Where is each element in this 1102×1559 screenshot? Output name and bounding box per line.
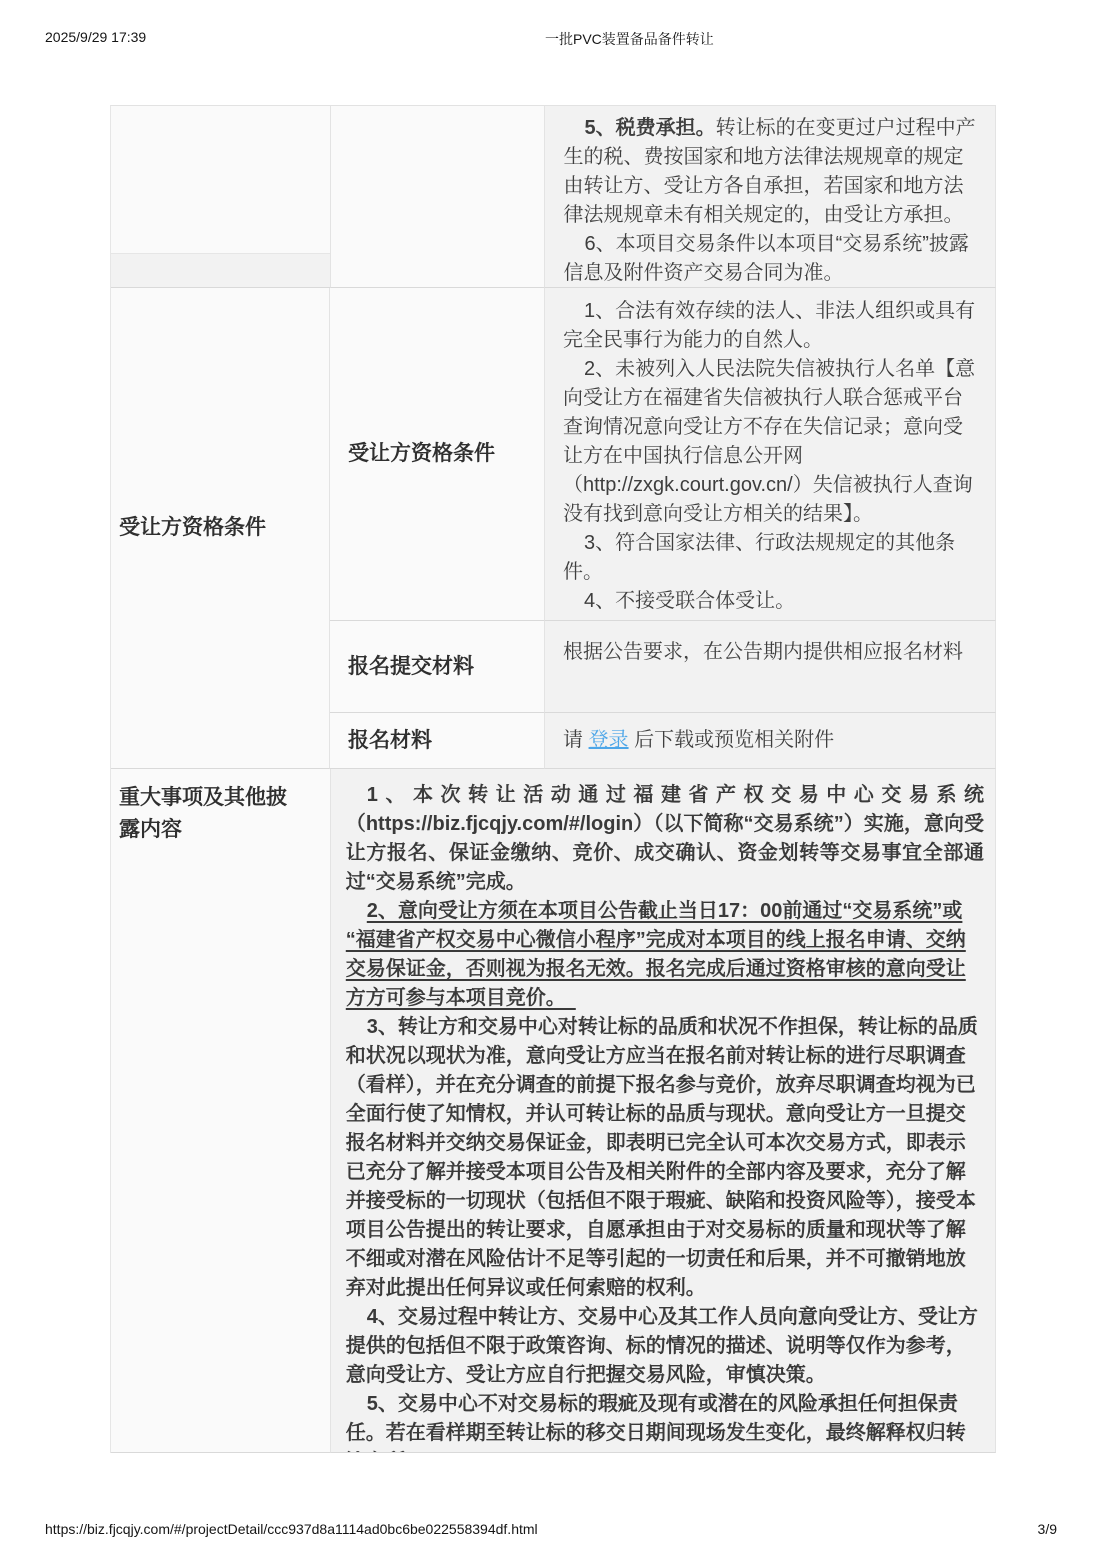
signup-materials-text: 请 登录 后下载或预览相关附件 <box>563 726 834 755</box>
signup-materials-label-cell: 报名材料 <box>330 713 545 769</box>
qualification-item-1: 1、合法有效存续的法人、非法人组织或具有完全民事行为能力的自然人。 <box>563 297 979 355</box>
disclosure-item-1-text: 1、本次转让活动通过福建省产权交易中心交易系统 <box>367 784 984 806</box>
qualification-content-cell: 1、合法有效存续的法人、非法人组织或具有完全民事行为能力的自然人。 2、未被列入… <box>545 288 996 621</box>
qualification-label-cell: 受让方资格条件 <box>330 288 545 621</box>
continued-cell-fragment <box>111 253 330 287</box>
print-footer: https://biz.fjcqjy.com/#/projectDetail/c… <box>45 1521 1057 1537</box>
trade-system-url-text: （https://biz.fjcqjy.com/#/login） <box>346 813 654 835</box>
disclosure-item-4: 4、交易过程中转让方、交易中心及其工作人员向意向受让方、受让方提供的包括但不限于… <box>346 1303 984 1390</box>
disclosure-item-3: 3、转让方和交易中心对转让标的品质和状况不作担保，转让标的品质和状况以现状为准，… <box>346 1013 984 1303</box>
login-link[interactable]: 登录 <box>589 729 629 751</box>
footer-url: https://biz.fjcqjy.com/#/projectDetail/c… <box>45 1521 538 1537</box>
login-prefix-text: 请 <box>563 729 589 751</box>
page-number: 3/9 <box>1038 1521 1057 1537</box>
qualification-item-4: 4、不接受联合体受让。 <box>563 587 979 616</box>
disclosure-item-2-underlined: 2、意向受让方须在本项目公告截止当日17：00前通过“交易系统”或“福建省产权交… <box>346 897 984 1013</box>
disclosure-item-1: 1、本次转让活动通过福建省产权交易中心交易系统（https://biz.fjcq… <box>346 781 984 897</box>
tax-clause-lead: 5、税费承担。 <box>584 117 715 139</box>
print-datetime: 2025/9/29 17:39 <box>45 29 146 45</box>
tax-clause-cell: 5、税费承担。转让标的在变更过户过程中产生的税、费按国家和地方法律法规规章的规定… <box>545 106 996 288</box>
materials-subrow: 报名提交材料 根据公告要求，在公告期内提供相应报名材料 <box>330 621 996 713</box>
materials-content-cell: 根据公告要求，在公告期内提供相应报名材料 <box>545 621 996 713</box>
print-header: 2025/9/29 17:39 一批PVC装置备品备件转让 <box>45 29 1057 49</box>
info-table: 5、税费承担。转让标的在变更过户过程中产生的税、费按国家和地方法律法规规章的规定… <box>110 105 996 1453</box>
qualification-item-2: 2、未被列入人民法院失信被执行人名单【意向受让方在福建省失信被执行人联合惩戒平台… <box>563 355 979 529</box>
disclosure-row: 重大事项及其他披露内容 1、本次转让活动通过福建省产权交易中心交易系统（http… <box>111 769 996 1453</box>
print-title: 一批PVC装置备品备件转让 <box>545 29 714 49</box>
qualification-group-label-cell: 受让方资格条件 <box>111 288 330 769</box>
login-suffix-text: 后下载或预览相关附件 <box>629 729 835 751</box>
trade-condition-paragraph: 6、本项目交易条件以本项目“交易系统”披露信息及附件资产交易合同为准。 <box>563 230 979 288</box>
court-url-text: （http://zxgk.court.gov.cn/） <box>563 474 813 496</box>
disclosure-label-cell: 重大事项及其他披露内容 <box>111 769 331 1453</box>
carryover-middle-cell <box>331 106 546 288</box>
carryover-left-cell <box>111 106 331 288</box>
tax-clause-paragraph: 5、税费承担。转让标的在变更过户过程中产生的税、费按国家和地方法律法规规章的规定… <box>563 114 979 230</box>
signup-materials-content-cell: 请 登录 后下载或预览相关附件 <box>545 713 996 769</box>
qualification-row: 受让方资格条件 受让方资格条件 1、合法有效存续的法人、非法人组织或具有完全民事… <box>111 288 996 769</box>
materials-text: 根据公告要求，在公告期内提供相应报名材料 <box>563 629 979 667</box>
materials-label-cell: 报名提交材料 <box>330 621 545 713</box>
qualification-subrows: 受让方资格条件 1、合法有效存续的法人、非法人组织或具有完全民事行为能力的自然人… <box>330 288 996 769</box>
qualification-subrow: 受让方资格条件 1、合法有效存续的法人、非法人组织或具有完全民事行为能力的自然人… <box>330 288 996 621</box>
qualification-item-3: 3、符合国家法律、行政法规规定的其他条件。 <box>563 529 979 587</box>
carryover-left-cell-top <box>111 106 330 253</box>
signup-materials-subrow: 报名材料 请 登录 后下载或预览相关附件 <box>330 713 996 769</box>
printed-page: 2025/9/29 17:39 一批PVC装置备品备件转让 5、税费承担。转让标… <box>0 0 1102 1559</box>
qualification-item-2-text: 2、未被列入人民法院失信被执行人名单【意向受让方在福建省失信被执行人联合惩戒平台… <box>563 358 975 467</box>
disclosure-content-cell: 1、本次转让活动通过福建省产权交易中心交易系统（https://biz.fjcq… <box>331 769 996 1453</box>
carryover-row: 5、税费承担。转让标的在变更过户过程中产生的税、费按国家和地方法律法规规章的规定… <box>111 106 996 288</box>
disclosure-item-5: 5、交易中心不对交易标的瑕疵及现有或潜在的风险承担任何担保责任。若在看样期至转让… <box>346 1390 984 1453</box>
